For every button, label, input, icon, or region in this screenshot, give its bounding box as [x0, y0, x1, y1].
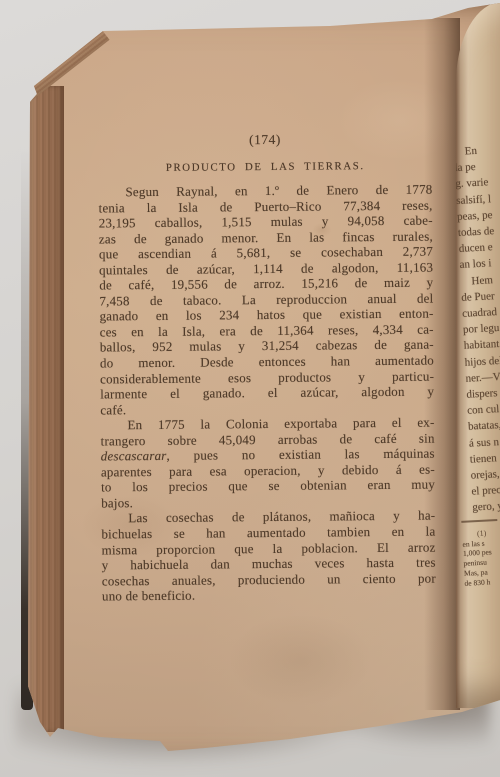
facing-text-fragment: con cul: [467, 399, 500, 419]
facing-text-fragment: an los i: [459, 254, 500, 274]
right-page-curl: Enla peg. variesalsifí, lpeas, petodas d…: [456, 2, 500, 708]
text-block: (174) PRODUCTO DE LAS TIERRAS. Segun Ray…: [98, 131, 436, 605]
facing-text-fragment: á sus n: [469, 432, 500, 452]
facing-text-fragment: salsifí, l: [456, 189, 500, 209]
paragraph: Segun Raynal, en 1.º de Enero de 1778ten…: [98, 182, 434, 418]
facing-text-fragment: batatas,: [468, 415, 500, 435]
facing-text-fragment: orejas,: [470, 464, 500, 484]
text-line: to los precios que se obtenian eran muy: [101, 477, 435, 495]
facing-text-fragment: habitant: [463, 335, 500, 355]
text-line: cosechas anuales, produciendo un ciento …: [102, 570, 436, 588]
facing-text-fragment: ner.—V: [465, 367, 500, 387]
facing-text-fragment: todas de: [458, 221, 500, 241]
facing-text-fragment: tienen: [469, 448, 500, 468]
facing-text-fragment: gero, y: [472, 496, 500, 516]
facing-text-fragment: de Puer: [461, 286, 500, 306]
page-number: (174): [98, 131, 432, 150]
page-fore-edge: [28, 86, 64, 732]
facing-page-text: Enla peg. variesalsifí, lpeas, petodas d…: [456, 140, 500, 516]
text-line: uno de beneficio.: [102, 586, 436, 604]
facing-text-fragment: por legu: [463, 318, 500, 338]
facing-text-fragment: peas, pe: [457, 205, 500, 225]
facing-text-fragment: dispers: [466, 383, 500, 403]
facing-text-fragment: cuadrad: [462, 302, 500, 322]
section-heading: PRODUCTO DE LAS TIERRAS.: [98, 160, 432, 175]
book-photo: (174) PRODUCTO DE LAS TIERRAS. Segun Ray…: [0, 0, 500, 777]
gutter-shadow: [424, 18, 460, 710]
body-text: Segun Raynal, en 1.º de Enero de 1778ten…: [98, 182, 436, 605]
text-line: larmente el ganado. el azúcar, algodon y: [100, 384, 434, 402]
open-book: (174) PRODUCTO DE LAS TIERRAS. Segun Ray…: [0, 0, 500, 777]
facing-footnote: (1) en las s1,000 pespeninsuMas, pade 83…: [461, 517, 500, 588]
facing-text-fragment: hijos del: [464, 351, 500, 371]
paragraph: En 1775 la Colonia exportaba para el ex-…: [100, 415, 435, 511]
facing-text-fragment: el prec: [471, 480, 500, 500]
footnote-lines: en las s1,000 pespeninsuMas, pade 830 h: [462, 536, 500, 589]
paragraph: Las cosechas de plátanos, mañioca y ha-b…: [101, 508, 436, 604]
footnote-rule: [461, 519, 497, 522]
facing-text-fragment: ducen e: [458, 238, 500, 258]
